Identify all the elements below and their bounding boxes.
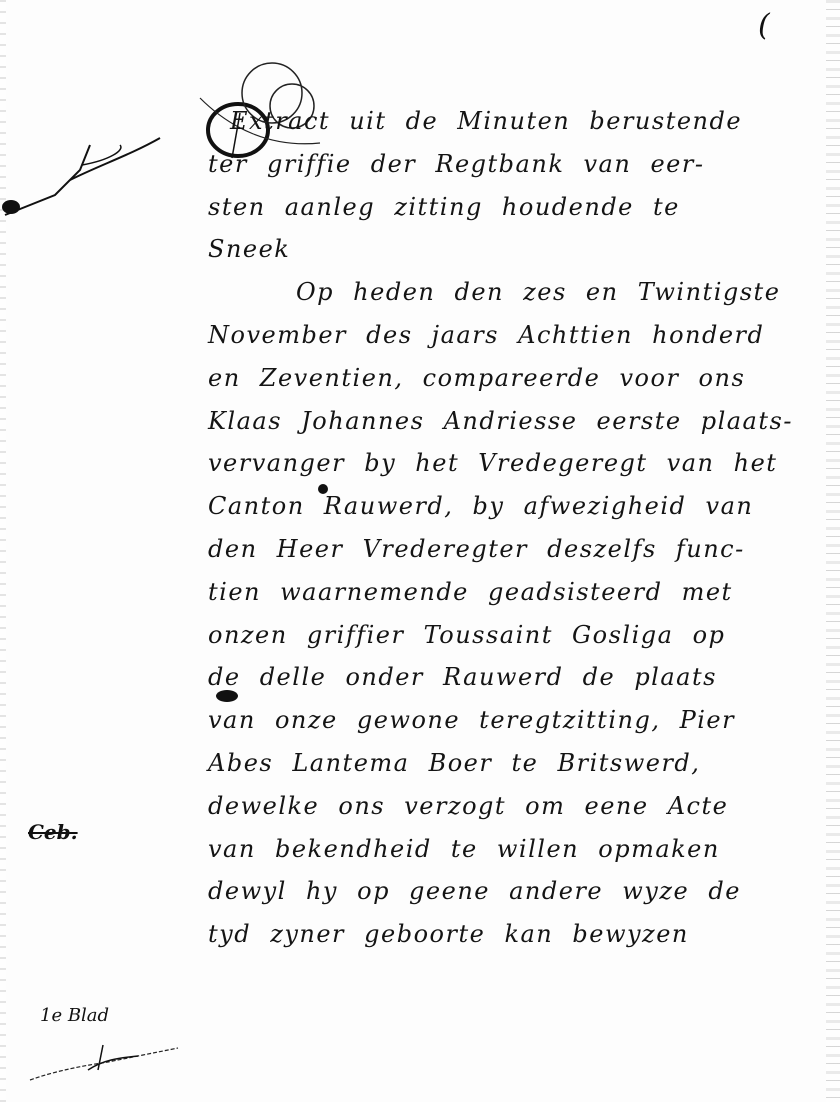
text-line: dewyl hy op geene andere wyze de	[208, 870, 828, 913]
text-line: sten aanleg zitting houdende te	[208, 186, 828, 229]
text-line: tyd zyner geboorte kan bewyzen	[208, 913, 828, 956]
page-number: (	[758, 8, 770, 43]
signature-icon	[28, 1040, 188, 1090]
text-line: en Zeventien, compareerde voor ons	[208, 357, 828, 400]
text-line: vervanger by het Vredegeregt van het	[208, 442, 828, 485]
page-edge-right	[826, 0, 840, 1102]
text-line: Extract uit de Minuten berustende	[208, 100, 828, 143]
margin-flourish-icon	[0, 120, 170, 220]
text-line: dewelke ons verzogt om eene Acte	[208, 785, 828, 828]
text-line: Canton Rauwerd, by afwezigheid van	[208, 485, 828, 528]
text-line: ter griffie der Regtbank van eer-	[208, 143, 828, 186]
text-line: November des jaars Achttien honderd	[208, 314, 828, 357]
text-line: Klaas Johannes Andriesse eerste plaats-	[208, 400, 828, 443]
text-line: Op heden den zes en Twintigste	[208, 271, 828, 314]
margin-note: Ceb.	[28, 820, 78, 844]
text-line: tien waarnemende geadsisteerd met	[208, 571, 828, 614]
ink-blot	[2, 200, 20, 214]
folio-note: 1e Blad	[40, 1005, 109, 1026]
text-line: van onze gewone teregtzitting, Pier	[208, 699, 828, 742]
text-line: Abes Lantema Boer te Britswerd,	[208, 742, 828, 785]
document-page: ( Ceb. 1e Blad Extract uit de Minuten be…	[0, 0, 840, 1102]
text-line: den Heer Vrederegter deszelfs func-	[208, 528, 828, 571]
text-line: van bekendheid te willen opmaken	[208, 828, 828, 871]
text-line: de delle onder Rauwerd de plaats	[208, 656, 828, 699]
text-line: onzen griffier Toussaint Gosliga op	[208, 614, 828, 657]
transcript-body: Extract uit de Minuten berustende ter gr…	[208, 100, 828, 956]
text-line: Sneek	[208, 228, 828, 271]
